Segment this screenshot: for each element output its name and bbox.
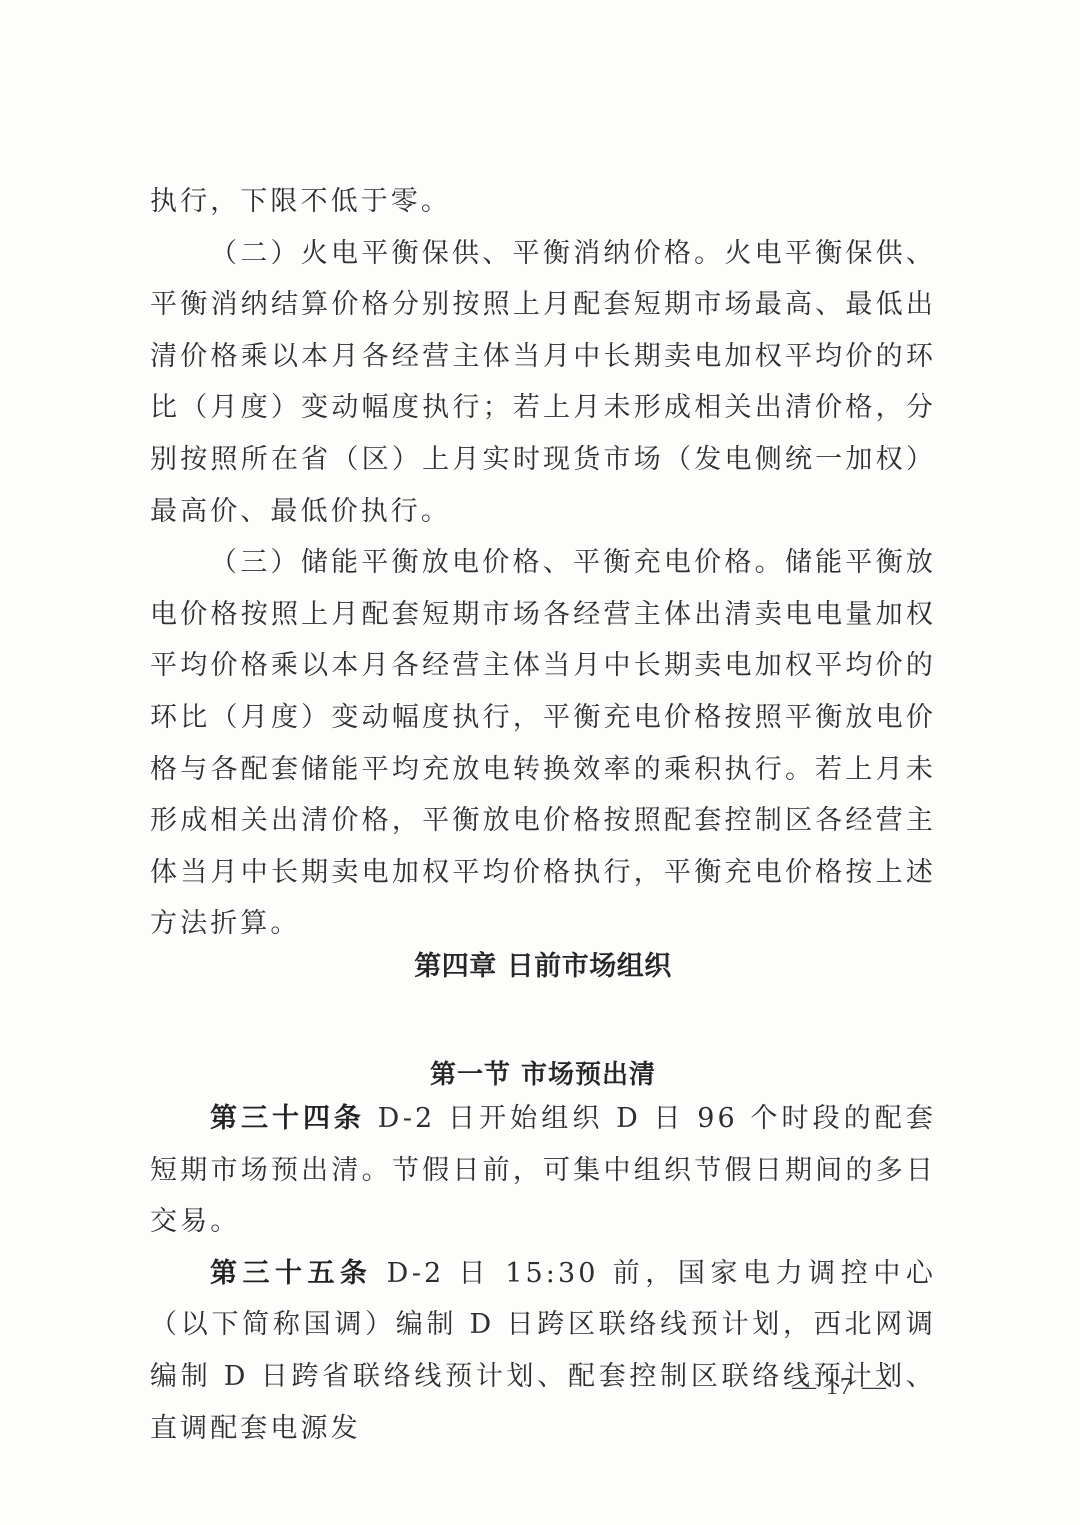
paragraph-storage-balance-price: （三）储能平衡放电价格、平衡充电价格。储能平衡放电价格按照上月配套短期市场各经营… xyxy=(150,537,936,950)
article-35: 第三十五条 D-2 日 15:30 前，国家电力调控中心（以下简称国调）编制 D… xyxy=(150,1248,936,1454)
article-35-label: 第三十五条 xyxy=(210,1258,372,1289)
paragraph-continuation: 执行，下限不低于零。 xyxy=(150,176,936,228)
paragraph-thermal-balance-price: （二）火电平衡保供、平衡消纳价格。火电平衡保供、平衡消纳结算价格分别按照上月配套… xyxy=(150,228,936,538)
section-title: 第一节 市场预出清 xyxy=(150,1054,936,1091)
page-number: — 17 — xyxy=(792,1374,888,1401)
chapter-title: 第四章 日前市场组织 xyxy=(150,944,936,983)
article-34-label: 第三十四条 xyxy=(210,1103,365,1134)
article-34: 第三十四条 D-2 日开始组织 D 日 96 个时段的配套短期市场预出清。节假日… xyxy=(150,1093,936,1248)
continued-section: 执行，下限不低于零。 （二）火电平衡保供、平衡消纳价格。火电平衡保供、平衡消纳结… xyxy=(150,176,936,950)
